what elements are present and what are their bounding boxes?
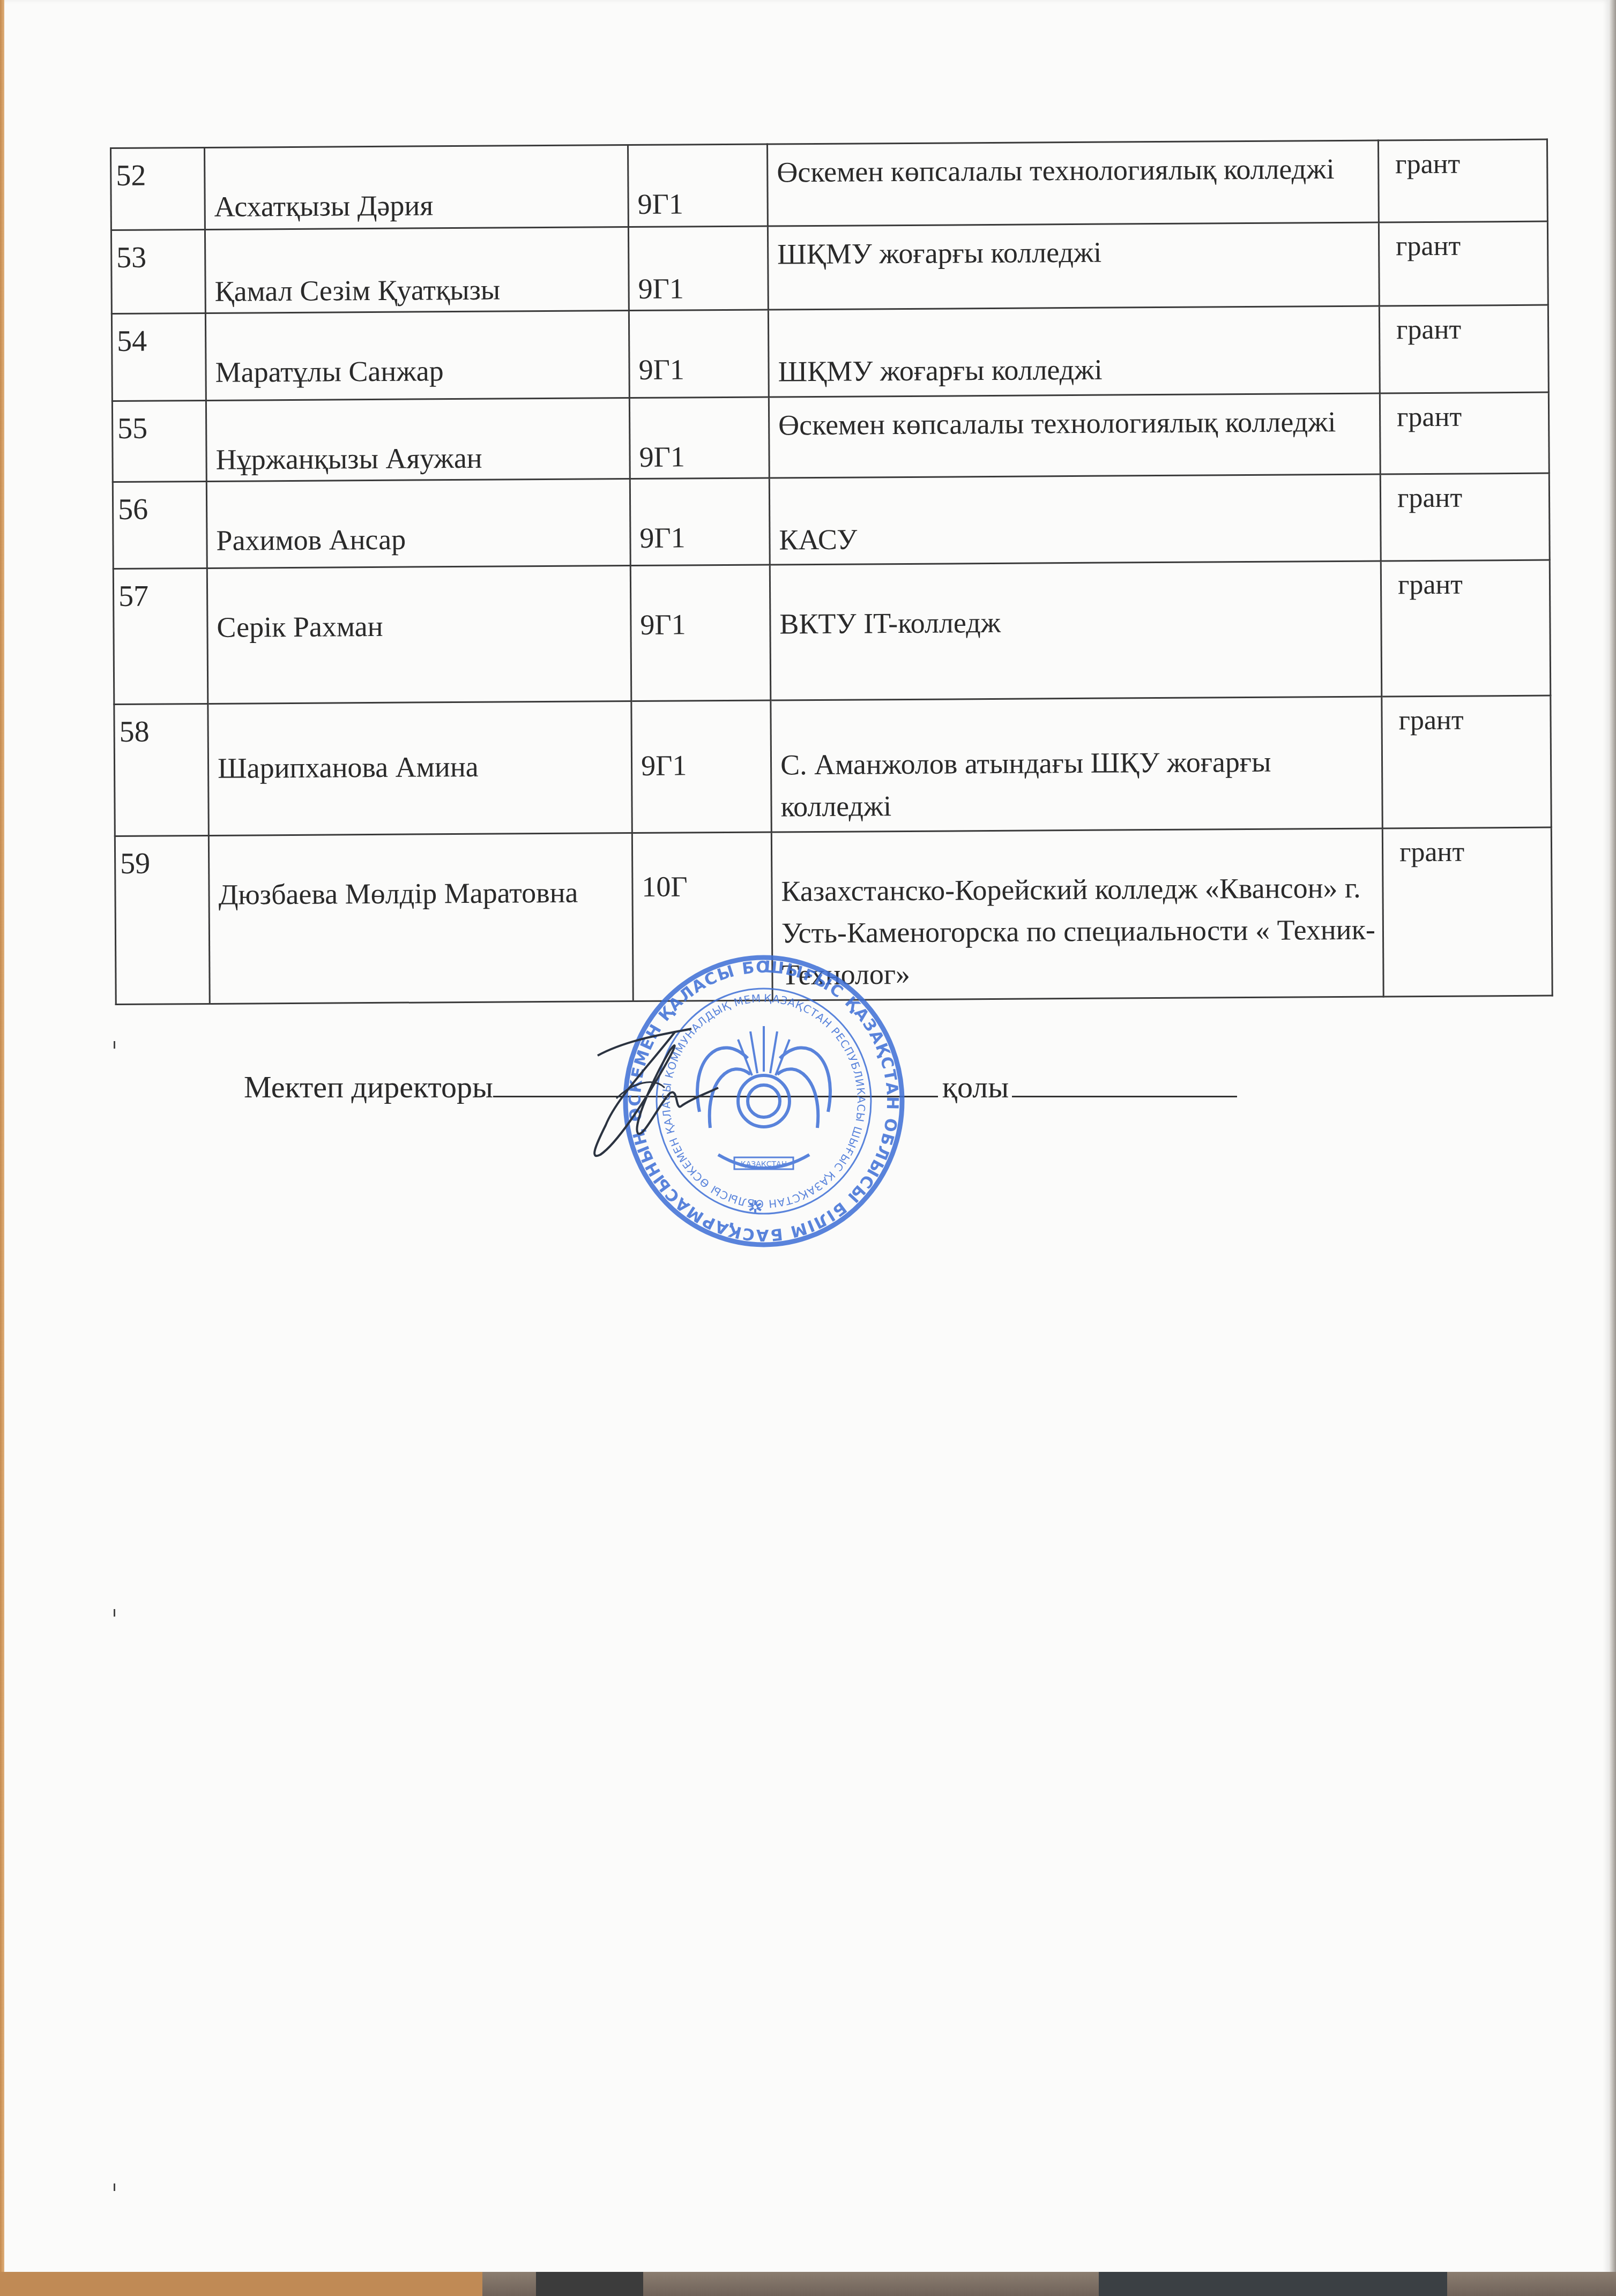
student-name-cell: Қамал Сезім Қуатқызы bbox=[205, 227, 629, 313]
institution-name: ШҚМУ жоғарғы колледжі bbox=[769, 307, 1379, 396]
class-label: 9Г1 bbox=[630, 311, 768, 391]
sign-label: қолы bbox=[942, 1069, 1009, 1105]
student-name-cell: Шарипханова Амина bbox=[208, 701, 632, 835]
funding-type: грант bbox=[1379, 140, 1546, 185]
student-name-cell: Нұржанқызы Аяужан bbox=[206, 398, 630, 481]
institution-name: Өскемен көпсалалы технологиялық колледжі bbox=[770, 394, 1380, 449]
row-number-cell: 59 bbox=[115, 835, 210, 1004]
student-name-cell: Асхатқызы Дәрия bbox=[205, 145, 629, 230]
table-row: 53 Қамал Сезім Қуатқызы 9Г1 ШҚМУ жоғарғы… bbox=[111, 221, 1548, 314]
student-name: Серік Рахман bbox=[208, 566, 630, 648]
class-label: 9Г1 bbox=[631, 566, 770, 646]
institution-cell: Өскемен көпсалалы технологиялық колледжі bbox=[769, 393, 1380, 478]
row-number-cell: 53 bbox=[111, 229, 205, 313]
class-cell: 9Г1 bbox=[631, 700, 771, 833]
row-number-cell: 54 bbox=[111, 313, 206, 401]
class-label: 9Г1 bbox=[632, 701, 770, 787]
funding-cell: грант bbox=[1379, 221, 1548, 306]
paper-right-edge bbox=[1610, 0, 1616, 2296]
funding-type: грант bbox=[1382, 697, 1550, 741]
institution-name: ВКТУ IT-колледж bbox=[771, 562, 1381, 648]
student-name-cell: Дюзбаева Мөлдір Маратовна bbox=[208, 833, 633, 1004]
row-number: 56 bbox=[114, 482, 206, 532]
desk-edge-left bbox=[0, 0, 4, 2296]
row-number-cell: 55 bbox=[112, 400, 206, 482]
funding-type: грант bbox=[1381, 393, 1548, 437]
funding-cell: грант bbox=[1380, 473, 1550, 561]
row-number: 55 bbox=[113, 401, 206, 451]
funding-cell: грант bbox=[1379, 305, 1548, 393]
row-number: 53 bbox=[112, 230, 205, 280]
student-name: Асхатқызы Дәрия bbox=[205, 146, 628, 228]
student-name-cell: Рахимов Ансар bbox=[206, 478, 630, 568]
institution-cell: С. Аманжолов атындағы ШҚУ жоғарғы коллед… bbox=[771, 697, 1382, 832]
student-name: Рахимов Ансар bbox=[207, 480, 630, 562]
institution-name: КАСУ bbox=[770, 475, 1380, 564]
desk-edge-bottom bbox=[0, 2272, 1616, 2296]
institution-cell: ШҚМУ жоғарғы колледжі bbox=[768, 306, 1380, 397]
row-number: 58 bbox=[115, 705, 207, 754]
row-number: 59 bbox=[116, 836, 208, 886]
sign-blank bbox=[1012, 1090, 1237, 1097]
funding-type: грант bbox=[1380, 222, 1547, 267]
svg-text:✲: ✲ bbox=[748, 1197, 763, 1218]
class-cell: 9Г1 bbox=[628, 226, 768, 311]
margin-mark bbox=[114, 1041, 115, 1049]
table-row: 55 Нұржанқызы Аяужан 9Г1 Өскемен көпсала… bbox=[112, 392, 1549, 482]
graduates-table: 52 Асхатқызы Дәрия 9Г1 Өскемен көпсалалы… bbox=[110, 139, 1553, 1005]
director-signature-icon bbox=[584, 1018, 724, 1168]
class-label: 9Г1 bbox=[629, 145, 767, 226]
student-name: Қамал Сезім Қуатқызы bbox=[206, 228, 628, 312]
class-label: 10Г bbox=[633, 833, 771, 908]
table-row: 57 Серік Рахман 9Г1 ВКТУ IT-колледж гран… bbox=[113, 560, 1550, 704]
row-number-cell: 56 bbox=[113, 481, 207, 569]
class-cell: 9Г1 bbox=[630, 478, 770, 566]
class-label: 9Г1 bbox=[630, 398, 769, 478]
row-number-cell: 57 bbox=[113, 569, 208, 705]
row-number: 57 bbox=[114, 569, 207, 618]
funding-type: грант bbox=[1383, 828, 1551, 872]
student-name: Шарипханова Амина bbox=[208, 702, 631, 789]
row-number: 54 bbox=[113, 314, 205, 363]
student-name-cell: Серік Рахман bbox=[207, 566, 631, 704]
table-row: 58 Шарипханова Амина 9Г1 С. Аманжолов ат… bbox=[114, 695, 1551, 836]
student-name: Нұржанқызы Аяужан bbox=[207, 399, 629, 481]
student-name-cell: Маратұлы Санжар bbox=[205, 311, 629, 400]
institution-name: Өскемен көпсалалы технологиялық колледжі bbox=[768, 141, 1378, 197]
funding-cell: грант bbox=[1381, 560, 1551, 697]
student-name: Дюзбаева Мөлдір Маратовна bbox=[210, 834, 632, 916]
class-label: 9Г1 bbox=[629, 227, 768, 310]
student-name: Маратұлы Санжар bbox=[206, 311, 629, 393]
class-cell: 9Г1 bbox=[629, 310, 769, 398]
funding-cell: грант bbox=[1382, 827, 1552, 997]
table-row: 54 Маратұлы Санжар 9Г1 ШҚМУ жоғарғы колл… bbox=[111, 305, 1548, 401]
funding-type: грант bbox=[1382, 561, 1549, 605]
funding-type: грант bbox=[1381, 474, 1548, 519]
stamp-center-label: ҚАЗАҚСТАН bbox=[741, 1160, 787, 1169]
class-cell: 9Г1 bbox=[630, 565, 771, 701]
director-label: Мектеп директоры bbox=[244, 1069, 493, 1105]
institution-cell: Өскемен көпсалалы технологиялық колледжі bbox=[767, 140, 1379, 226]
institution-name: С. Аманжолов атындағы ШҚУ жоғарғы коллед… bbox=[771, 698, 1381, 832]
funding-type: грант bbox=[1380, 306, 1547, 350]
row-number-cell: 58 bbox=[114, 704, 208, 836]
table-row: 52 Асхатқызы Дәрия 9Г1 Өскемен көпсалалы… bbox=[111, 139, 1548, 230]
table-row: 56 Рахимов Ансар 9Г1 КАСУ грант bbox=[113, 473, 1550, 569]
class-cell: 9Г1 bbox=[629, 397, 769, 479]
row-number-cell: 52 bbox=[111, 147, 205, 230]
class-label: 9Г1 bbox=[631, 478, 769, 559]
institution-name: ШҚМУ жоғарғы колледжі bbox=[769, 223, 1379, 279]
row-number: 52 bbox=[111, 148, 204, 198]
funding-cell: грант bbox=[1382, 695, 1551, 828]
institution-cell: ВКТУ IT-колледж bbox=[770, 561, 1382, 700]
institution-cell: ШҚМУ жоғарғы колледжі bbox=[768, 222, 1379, 310]
funding-cell: грант bbox=[1378, 139, 1547, 222]
funding-cell: грант bbox=[1380, 392, 1549, 474]
margin-mark bbox=[114, 2183, 115, 2191]
class-cell: 9Г1 bbox=[628, 144, 768, 227]
institution-cell: КАСУ bbox=[769, 474, 1381, 565]
margin-mark bbox=[114, 1609, 115, 1617]
